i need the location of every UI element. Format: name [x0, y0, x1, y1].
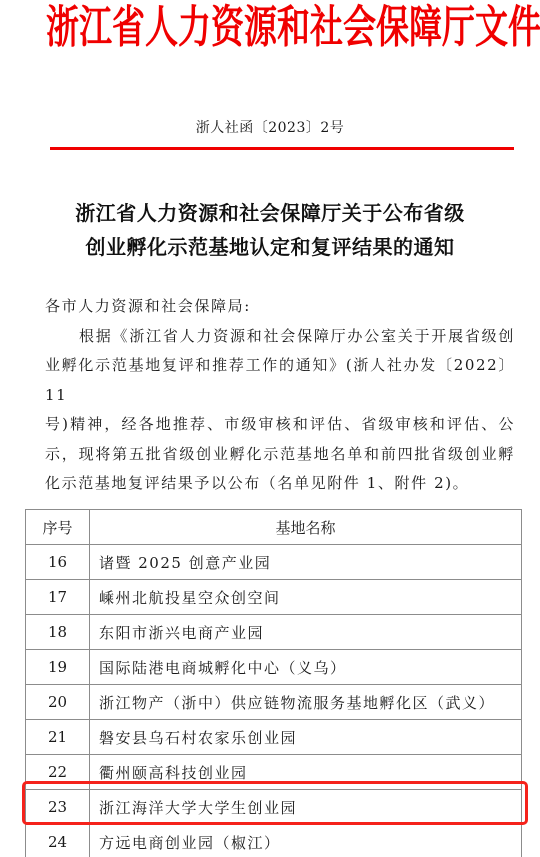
table-header-row: 序号 基地名称: [26, 510, 522, 545]
body-line: 化示范基地复评结果予以公布（名单见附件 1、附件 2)。: [45, 469, 515, 499]
row-index: 24: [26, 825, 90, 857]
masthead-char: 资: [211, 4, 244, 49]
row-base-name: 衢州颐高科技创业园: [90, 755, 522, 790]
row-index: 17: [26, 580, 90, 615]
row-index: 22: [26, 755, 90, 790]
masthead-char: 社: [310, 4, 343, 49]
row-index: 23: [26, 790, 90, 825]
row-base-name: 方远电商创业园（椒江）: [90, 825, 522, 857]
header-base-name: 基地名称: [90, 510, 522, 545]
row-base-name: 东阳市浙兴电商产业园: [90, 615, 522, 650]
row-base-name: 国际陆港电商城孵化中心（义乌）: [90, 650, 522, 685]
masthead-char: 人: [145, 4, 178, 49]
document-number: 浙人社函〔2023〕2号: [0, 117, 540, 137]
row-index: 20: [26, 685, 90, 720]
table-row: 18 东阳市浙兴电商产业园: [26, 615, 522, 650]
body-line: 业孵化示范基地复评和推荐工作的通知》(浙人社办发〔2022〕11: [45, 351, 515, 410]
masthead-char: 件: [508, 4, 540, 49]
masthead-char: 保: [376, 4, 409, 49]
masthead-title: 浙 江 省 人 力 资 源 和 社 会 保 障 厅 文 件: [46, 0, 518, 52]
salutation: 各市人力资源和社会保障局:: [45, 292, 515, 322]
masthead-char: 力: [178, 4, 211, 49]
masthead-char: 和: [277, 4, 310, 49]
title-line-1: 浙江省人力资源和社会保障厅关于公布省级: [0, 196, 540, 230]
table-row: 24 方远电商创业园（椒江）: [26, 825, 522, 857]
document-body: 各市人力资源和社会保障局: 根据《浙江省人力资源和社会保障厅办公室关于开展省级创…: [45, 292, 515, 499]
table-row: 19 国际陆港电商城孵化中心（义乌）: [26, 650, 522, 685]
row-base-name: 浙江物产（浙中）供应链物流服务基地孵化区（武义）: [90, 685, 522, 720]
table-row: 21 磐安县乌石村农家乐创业园: [26, 720, 522, 755]
masthead-char: 会: [343, 4, 376, 49]
row-base-name: 诸暨 2025 创意产业园: [90, 545, 522, 580]
table-row-highlighted: 23 浙江海洋大学大学生创业园: [26, 790, 522, 825]
body-line: 根据《浙江省人力资源和社会保障厅办公室关于开展省级创: [45, 322, 515, 352]
row-index: 19: [26, 650, 90, 685]
table-row: 22 衢州颐高科技创业园: [26, 755, 522, 790]
masthead-char: 文: [475, 4, 508, 49]
row-base-name: 嵊州北航投星空众创空间: [90, 580, 522, 615]
table-row: 16 诸暨 2025 创意产业园: [26, 545, 522, 580]
body-line: 号)精神，经各地推荐、市级审核和评估、省级审核和评估、公: [45, 410, 515, 440]
masthead-char: 江: [79, 4, 112, 49]
body-line: 示，现将第五批省级创业孵化示范基地名单和前四批省级创业孵: [45, 440, 515, 470]
incubation-base-table: 序号 基地名称 16 诸暨 2025 创意产业园 17 嵊州北航投星空众创空间 …: [25, 509, 522, 857]
row-index: 21: [26, 720, 90, 755]
masthead-char: 厅: [442, 4, 475, 49]
document-title: 浙江省人力资源和社会保障厅关于公布省级 创业孵化示范基地认定和复评结果的通知: [0, 196, 540, 264]
row-base-name: 磐安县乌石村农家乐创业园: [90, 720, 522, 755]
masthead-char: 省: [112, 4, 145, 49]
masthead-char: 源: [244, 4, 277, 49]
header-index: 序号: [26, 510, 90, 545]
masthead-char: 浙: [46, 4, 79, 49]
masthead-char: 障: [409, 4, 442, 49]
row-index: 16: [26, 545, 90, 580]
title-line-2: 创业孵化示范基地认定和复评结果的通知: [0, 230, 540, 264]
red-divider: [50, 147, 514, 150]
table-row: 20 浙江物产（浙中）供应链物流服务基地孵化区（武义）: [26, 685, 522, 720]
row-base-name: 浙江海洋大学大学生创业园: [90, 790, 522, 825]
row-index: 18: [26, 615, 90, 650]
table-row: 17 嵊州北航投星空众创空间: [26, 580, 522, 615]
